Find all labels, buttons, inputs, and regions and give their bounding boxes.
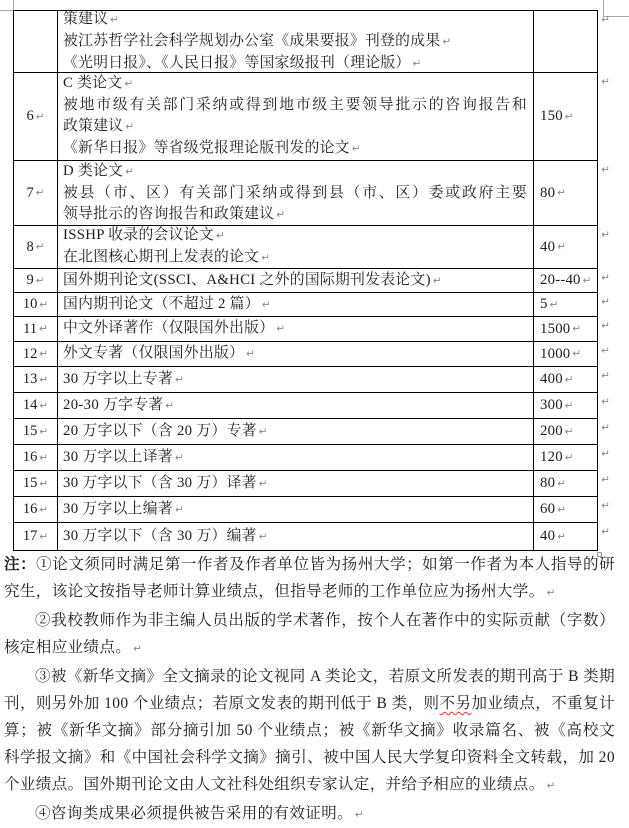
row-number-cell: 16↵ [14, 445, 58, 470]
formatting-mark: ↵ [565, 426, 574, 438]
formatting-mark: ↵ [557, 241, 566, 253]
note-paragraph-2: ②我校教师作为非主编人员出版的学术著作，按个人在著作中的实际贡献（字数）核定相应… [4, 607, 615, 663]
row-value-cell: 1500↵ [534, 317, 597, 341]
row-description-cell: 20-30 万字专著↵ [58, 393, 534, 418]
formatting-mark: ↵ [601, 229, 610, 241]
row-description-cell: 外文专著（仅限国外出版）↵ [58, 342, 534, 366]
formatting-mark: ↵ [565, 111, 574, 123]
formatting-mark: ↵ [125, 121, 134, 133]
row-value-cell [534, 11, 597, 72]
row-value-cell: 400↵ [534, 367, 597, 392]
description-line: 被县（市、区）有关部门采纳或得到县（市、区）委或政府主要 [63, 183, 533, 204]
description-line: 策建议↵ [63, 9, 533, 31]
row-description-cell: 中文外译著作（仅限国外出版）↵ [58, 317, 534, 341]
row-description-cell: 30 万字以上专著↵ [58, 367, 534, 392]
page-margin-mark-top-left-vertical [13, 0, 14, 10]
description-line: 领导批示的咨询报告和政策建议↵ [63, 204, 533, 226]
row-number-cell: 8↵ [14, 226, 58, 268]
row-description-cell: C 类论文↵被地市级有关部门采纳或得到地市级主要领导批示的咨询报告和政策建议↵《… [58, 73, 534, 160]
row-number-cell [14, 11, 58, 72]
table-row: 12↵外文专著（仅限国外出版）↵1000↵↵ [14, 342, 597, 367]
row-description-cell: 国内期刊论文（不超过 2 篇）↵ [58, 293, 534, 316]
table-row: 17↵30 万字以下（含 30 万）编著↵40↵↵ [14, 523, 597, 550]
formatting-mark: ↵ [261, 252, 270, 264]
description-line: 《新华日报》等省级党报理论版刊发的论文↵ [63, 138, 533, 160]
formatting-mark: ↵ [133, 643, 142, 655]
description-line: 《光明日报》、《人民日报》等国家级报刊（理论版）↵ [63, 53, 533, 75]
description-line: 国内期刊论文（不超过 2 篇）↵ [63, 294, 533, 316]
formatting-mark: ↵ [165, 400, 174, 412]
notes-label: 注： [4, 556, 36, 573]
formatting-mark: ↵ [601, 164, 610, 176]
row-value-cell: 150↵ [534, 73, 597, 160]
row-value-cell: 40↵ [534, 523, 597, 550]
formatting-mark: ↵ [601, 296, 610, 308]
formatting-mark: ↵ [557, 187, 566, 199]
note-text: ②我校教师作为非主编人员出版的学术著作，按个人在著作中的实际贡献（字数）核定相应… [4, 612, 615, 656]
formatting-mark: ↵ [276, 323, 285, 335]
description-line: 20 万字以下（含 20 万）专著↵ [63, 421, 533, 443]
row-description-cell: 策建议↵被江苏哲学社会科学规划办公室《成果要报》刊登的成果↵《光明日报》、《人民… [58, 11, 534, 72]
formatting-mark: ↵ [557, 531, 566, 543]
formatting-mark: ↵ [39, 426, 48, 438]
formatting-mark: ↵ [39, 531, 48, 543]
formatting-mark: ↵ [583, 275, 592, 287]
formatting-mark: ↵ [433, 275, 442, 287]
notes-section: 注：①论文须同时满足第一作者及作者单位皆为扬州大学；如第一作者为本人指导的研究生… [4, 551, 615, 828]
formatting-mark: ↵ [601, 448, 610, 460]
formatting-mark: ↵ [39, 323, 48, 335]
row-number-cell: 17↵ [14, 523, 58, 550]
formatting-mark: ↵ [442, 36, 451, 48]
formatting-mark: ↵ [601, 474, 610, 486]
formatting-mark: ↵ [550, 299, 559, 311]
formatting-mark: ↵ [39, 452, 48, 464]
formatting-mark: ↵ [601, 76, 610, 88]
formatting-mark: ↵ [39, 299, 48, 311]
row-number-cell: 10↵ [14, 293, 58, 316]
formatting-mark: ↵ [601, 272, 610, 284]
row-description-cell: ISSHP 收录的会议论文↵在北图核心期刊上发表的论文↵ [58, 226, 534, 268]
description-line: 中文外译著作（仅限国外出版）↵ [63, 318, 533, 340]
formatting-mark: ↵ [601, 500, 610, 512]
formatting-mark: ↵ [601, 422, 610, 434]
formatting-mark: ↵ [601, 396, 610, 408]
row-value-cell: 40↵ [534, 226, 597, 268]
row-number-cell: 11↵ [14, 317, 58, 341]
table-row: 6↵C 类论文↵被地市级有关部门采纳或得到地市级主要领导批示的咨询报告和政策建议… [14, 73, 597, 161]
row-value-cell: 5↵ [534, 293, 597, 316]
row-value-cell: 80↵ [534, 161, 597, 225]
document-page: { "page": { "background": "#ffffff", "te… [0, 0, 629, 828]
table-row: 7↵D 类论文↵被县（市、区）有关部门采纳或得到县（市、区）委或政府主要领导批示… [14, 161, 597, 226]
description-line: 在北图核心期刊上发表的论文↵ [63, 247, 533, 269]
row-value-cell: 1000↵ [534, 342, 597, 366]
formatting-mark: ↵ [352, 143, 361, 155]
formatting-mark: ↵ [572, 323, 581, 335]
description-line: 国外期刊论文(SSCI、A&HCI 之外的国际期刊发表论文)↵ [63, 270, 533, 292]
points-table: 策建议↵被江苏哲学社会科学规划办公室《成果要报》刊登的成果↵《光明日报》、《人民… [13, 10, 598, 551]
page-margin-mark-top-left-horizontal [0, 10, 13, 11]
formatting-mark: ↵ [355, 809, 364, 821]
spellcheck-flagged-text: 不另 [440, 695, 472, 712]
note-text: ④咨询类成果必须提供被告采用的有效证明。 [35, 805, 353, 822]
row-value-cell: 80↵ [534, 471, 597, 496]
description-line: 30 万字以上专著↵ [63, 369, 533, 391]
formatting-mark: ↵ [565, 452, 574, 464]
formatting-mark: ↵ [36, 111, 45, 123]
formatting-mark: ↵ [39, 374, 48, 386]
table-row: 策建议↵被江苏哲学社会科学规划办公室《成果要报》刊登的成果↵《光明日报》、《人民… [14, 11, 597, 73]
table-row: 9↵国外期刊论文(SSCI、A&HCI 之外的国际期刊发表论文)↵20--40↵… [14, 269, 597, 293]
row-value-cell: 60↵ [534, 497, 597, 522]
row-number-cell: 6↵ [14, 73, 58, 160]
formatting-mark: ↵ [110, 14, 119, 26]
formatting-mark: ↵ [601, 370, 610, 382]
row-description-cell: 30 万字以上译著↵ [58, 445, 534, 470]
formatting-mark: ↵ [601, 320, 610, 332]
row-value-cell: 120↵ [534, 445, 597, 470]
description-line: 30 万字以下（含 30 万）编著↵ [63, 526, 533, 548]
formatting-mark: ↵ [39, 504, 48, 516]
row-number-cell: 7↵ [14, 161, 58, 225]
formatting-mark: ↵ [39, 400, 48, 412]
formatting-mark: ↵ [246, 348, 255, 360]
note-paragraph-1: 注：①论文须同时满足第一作者及作者单位皆为扬州大学；如第一作者为本人指导的研究生… [4, 551, 615, 607]
formatting-mark: ↵ [124, 78, 133, 90]
row-value-cell: 200↵ [534, 419, 597, 444]
formatting-mark: ↵ [175, 452, 184, 464]
formatting-mark: ↵ [557, 504, 566, 516]
description-line: 被地市级有关部门采纳或得到地市级主要领导批示的咨询报告和 [63, 95, 533, 116]
table-row: 16↵30 万字以上译著↵120↵↵ [14, 445, 597, 471]
formatting-mark: ↵ [125, 166, 134, 178]
description-line: 外文专著（仅限国外出版）↵ [63, 343, 533, 365]
formatting-mark: ↵ [565, 400, 574, 412]
formatting-mark: ↵ [547, 587, 556, 599]
formatting-mark: ↵ [413, 58, 422, 70]
points-table-body: 策建议↵被江苏哲学社会科学规划办公室《成果要报》刊登的成果↵《光明日报》、《人民… [14, 11, 597, 550]
note-paragraph-3: ③被《新华文摘》全文摘录的论文视同 A 类论文，若原文所发表的期刊高于 B 类期… [4, 663, 615, 800]
formatting-mark: ↵ [175, 504, 184, 516]
formatting-mark: ↵ [175, 374, 184, 386]
formatting-mark: ↵ [36, 241, 45, 253]
formatting-mark: ↵ [39, 478, 48, 490]
description-line: 20-30 万字专著↵ [63, 395, 533, 417]
row-description-cell: 30 万字以下（含 30 万）译著↵ [58, 471, 534, 496]
formatting-mark: ↵ [547, 780, 556, 792]
row-value-cell: 300↵ [534, 393, 597, 418]
formatting-mark: ↵ [557, 478, 566, 490]
row-number-cell: 16↵ [14, 497, 58, 522]
row-description-cell: 国外期刊论文(SSCI、A&HCI 之外的国际期刊发表论文)↵ [58, 269, 534, 292]
row-number-cell: 9↵ [14, 269, 58, 292]
formatting-mark: ↵ [262, 299, 271, 311]
row-number-cell: 12↵ [14, 342, 58, 366]
formatting-mark: ↵ [39, 348, 48, 360]
formatting-mark: ↵ [572, 348, 581, 360]
row-number-cell: 14↵ [14, 393, 58, 418]
formatting-mark: ↵ [259, 531, 268, 543]
description-line: ISSHP 收录的会议论文↵ [63, 225, 533, 247]
note-text: ①论文须同时满足第一作者及作者单位皆为扬州大学；如第一作者为本人指导的研究生，该… [4, 556, 615, 600]
table-row: 15↵30 万字以下（含 30 万）译著↵80↵↵ [14, 471, 597, 497]
description-line: 30 万字以上译著↵ [63, 447, 533, 469]
description-line: 政策建议↵ [63, 116, 533, 138]
row-value-cell: 20--40↵ [534, 269, 597, 292]
formatting-mark: ↵ [565, 374, 574, 386]
row-number-cell: 15↵ [14, 471, 58, 496]
row-description-cell: 30 万字以下（含 30 万）编著↵ [58, 523, 534, 550]
formatting-mark: ↵ [36, 275, 45, 287]
formatting-mark: ↵ [36, 187, 45, 199]
table-row: 16↵30 万字以上编著↵60↵↵ [14, 497, 597, 523]
row-description-cell: D 类论文↵被县（市、区）有关部门采纳或得到县（市、区）委或政府主要领导批示的咨… [58, 161, 534, 225]
note-paragraph-4: ④咨询类成果必须提供被告采用的有效证明。↵ [4, 800, 615, 828]
description-line: C 类论文↵ [63, 73, 533, 95]
table-row: 13↵30 万字以上专著↵400↵↵ [14, 367, 597, 393]
formatting-mark: ↵ [601, 345, 610, 357]
table-row: 14↵20-30 万字专著↵300↵↵ [14, 393, 597, 419]
table-row: 8↵ISSHP 收录的会议论文↵在北图核心期刊上发表的论文↵40↵↵ [14, 226, 597, 269]
row-number-cell: 13↵ [14, 367, 58, 392]
formatting-mark: ↵ [259, 426, 268, 438]
formatting-mark: ↵ [259, 478, 268, 490]
formatting-mark: ↵ [216, 230, 225, 242]
row-number-cell: 15↵ [14, 419, 58, 444]
description-line: 30 万字以下（含 30 万）译著↵ [63, 473, 533, 495]
description-line: 30 万字以上编著↵ [63, 499, 533, 521]
table-row: 15↵20 万字以下（含 20 万）专著↵200↵↵ [14, 419, 597, 445]
row-description-cell: 20 万字以下（含 20 万）专著↵ [58, 419, 534, 444]
table-row: 10↵国内期刊论文（不超过 2 篇）↵5↵↵ [14, 293, 597, 317]
description-line: 被江苏哲学社会科学规划办公室《成果要报》刊登的成果↵ [63, 31, 533, 53]
table-row: 11↵中文外译著作（仅限国外出版）↵1500↵↵ [14, 317, 597, 342]
description-line: D 类论文↵ [63, 161, 533, 183]
row-description-cell: 30 万字以上编著↵ [58, 497, 534, 522]
formatting-mark: ↵ [601, 14, 610, 26]
formatting-mark: ↵ [276, 209, 285, 221]
formatting-mark: ↵ [601, 526, 610, 538]
